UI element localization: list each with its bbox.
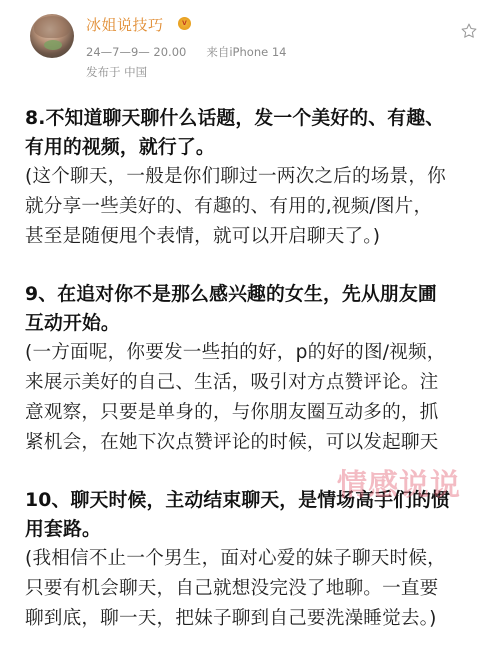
tip-body-line: (我相信不止一个男生，面对心爱的妹子聊天时候，	[25, 544, 485, 574]
tip-section-10: 10、聊天时候，主动结束聊天，是情场高手们的惯 用套路。 (我相信不止一个男生，…	[25, 486, 485, 634]
tip-body-line: 就分享一些美好的、有趣的、有用的,视频/图片，	[25, 192, 485, 222]
tip-body-line: (一方面呢，你要发一些拍的好，p的好的图/视频，	[25, 338, 485, 368]
tip-heading-line: 8.不知道聊天聊什么话题，发一个美好的、有趣、	[25, 104, 485, 133]
avatar[interactable]	[30, 14, 74, 58]
tip-heading-line: 有用的视频，就行了。	[25, 133, 485, 162]
tip-heading-line: 10、聊天时候，主动结束聊天，是情场高手们的惯	[25, 486, 485, 515]
vip-badge-icon: V	[178, 17, 191, 30]
tip-heading-line: 互动开始。	[25, 309, 485, 338]
tip-body-line: 甚至是随便甩个表情，就可以开启聊天了。)	[25, 222, 485, 252]
section-gap	[25, 252, 485, 280]
tip-section-8: 8.不知道聊天聊什么话题，发一个美好的、有趣、 有用的视频，就行了。 (这个聊天…	[25, 104, 485, 252]
post-location: 发布于 中国	[86, 64, 147, 80]
post-header: 冰姐说技巧 V 24—7—9— 20.00来自iPhone 14 发布于 中国	[0, 0, 500, 85]
post-meta: 24—7—9— 20.00来自iPhone 14	[86, 44, 286, 60]
username[interactable]: 冰姐说技巧	[86, 14, 164, 35]
star-outline-icon[interactable]	[460, 22, 478, 40]
tip-body-line: 紧机会，在她下次点赞评论的时候，可以发起聊天	[25, 428, 485, 458]
tip-body-line: 只要有机会聊天，自己就想没完没了地聊。一直要	[25, 574, 485, 604]
tip-body-line: 意观察，只要是单身的，与你朋友圈互动多的，抓	[25, 398, 485, 428]
tip-body-line: 来展示美好的自己、生活，吸引对方点赞评论。注	[25, 368, 485, 398]
section-gap	[25, 458, 485, 486]
avatar-plant-shape	[44, 40, 62, 50]
tip-body-line: 聊到底，聊一天，把妹子聊到自己要洗澡睡觉去。)	[25, 604, 485, 634]
tip-section-9: 9、在追对你不是那么感兴趣的女生，先从朋友圃 互动开始。 (一方面呢，你要发一些…	[25, 280, 485, 458]
post-source: 来自iPhone 14	[206, 45, 286, 59]
avatar-hair-shape	[34, 16, 70, 38]
post-content: 8.不知道聊天聊什么话题，发一个美好的、有趣、 有用的视频，就行了。 (这个聊天…	[25, 104, 485, 634]
post-timestamp: 24—7—9— 20.00	[86, 45, 186, 59]
tip-heading-line: 用套路。	[25, 515, 485, 544]
tip-body-line: (这个聊天，一般是你们聊过一两次之后的场景，你	[25, 162, 485, 192]
tip-heading-line: 9、在追对你不是那么感兴趣的女生，先从朋友圃	[25, 280, 485, 309]
